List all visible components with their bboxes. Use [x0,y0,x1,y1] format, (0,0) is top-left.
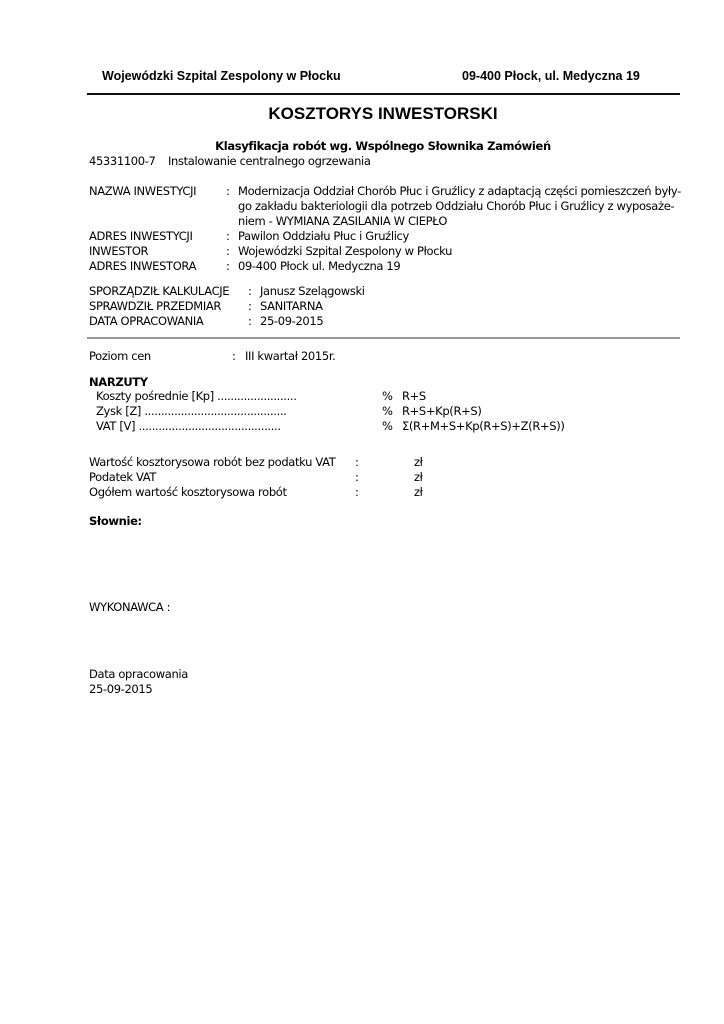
colon: : [226,244,230,259]
contractor-label: WYKONAWCA : [89,600,170,615]
total-value-label: Ogółem wartość kosztorysowa robót [89,485,287,500]
surcharge-indirect-unit: % [382,389,393,404]
investor-value: Wojewódzki Szpital Zespolony w Płocku [238,244,452,259]
date-prepared-label: DATA OPRACOWANIA [89,314,203,329]
surcharge-indirect-label: Koszty pośrednie [Kp] ..................… [96,389,297,404]
colon: : [248,314,252,329]
vat-tax-label: Podatek VAT [89,470,156,485]
prepared-by-value: Janusz Szelągowski [260,284,365,299]
surcharge-vat-unit: % [382,419,393,434]
investor-address-label: ADRES INWESTORA [89,259,196,274]
header-divider [87,93,680,95]
cpv-description: Instalowanie centralnego ogrzewania [168,154,371,169]
colon: : [226,184,230,199]
surcharge-profit-basis: R+S+Kp(R+S) [402,404,481,419]
investment-name-line-3: niem - WYMIANA ZASILANIA W CIEPŁO [238,214,447,229]
colon: : [232,349,236,364]
header-institution: Wojewódzki Szpital Zespolony w Płocku [102,69,341,83]
colon: : [226,259,230,274]
surcharge-vat-label: VAT [V] ................................… [96,419,281,434]
classification-heading: Klasyfikacja robót wg. Wspólnego Słownik… [0,139,724,153]
investment-address-value: Pawilon Oddziału Płuc i Gruźlicy [238,229,409,244]
price-level-label: Poziom cen [89,349,151,364]
footer-date-label: Data opracowania [89,667,188,682]
colon: : [248,299,252,314]
net-value-label: Wartość kosztorysowa robót bez podatku V… [89,455,335,470]
investment-name-line-1: Modernizacja Oddział Chorób Płuc i Gruźl… [238,184,681,199]
cpv-code: 45331100-7 [89,154,156,169]
investment-name-label: NAZWA INWESTYCJI [89,184,196,199]
in-words-label: Słownie: [89,514,142,529]
colon: : [355,485,359,500]
section-divider [87,337,680,339]
investor-label: INWESTOR [89,244,148,259]
footer-date-value: 25-09-2015 [89,682,152,697]
page-title: KOSZTORYS INWESTORSKI [0,104,724,124]
investor-address-value: 09-400 Płock ul. Medyczna 19 [238,259,400,274]
surcharge-vat-basis: Σ(R+M+S+Kp(R+S)+Z(R+S)) [402,419,564,434]
header-address: 09-400 Płock, ul. Medyczna 19 [462,69,640,83]
surcharges-heading: NARZUTY [89,375,148,390]
colon: : [248,284,252,299]
colon: : [355,470,359,485]
prepared-by-label: SPORZĄDZIŁ KALKULACJE [89,284,229,299]
date-prepared-value: 25-09-2015 [260,314,323,329]
colon: : [226,229,230,244]
surcharge-profit-unit: % [382,404,393,419]
surcharge-profit-label: Zysk [Z] ...............................… [96,404,287,419]
investment-name-line-2: go zakładu bakteriologii dla potrzeb Odd… [238,199,674,214]
checked-by-label: SPRAWDZIŁ PRZEDMIAR [89,299,221,314]
surcharge-indirect-basis: R+S [402,389,426,404]
price-level-value: III kwartał 2015r. [245,349,335,364]
investment-address-label: ADRES INWESTYCJI [89,229,193,244]
net-value-currency: zł [414,455,423,470]
vat-tax-currency: zł [414,470,423,485]
total-value-currency: zł [414,485,423,500]
checked-by-value: SANITARNA [260,299,323,314]
colon: : [355,455,359,470]
